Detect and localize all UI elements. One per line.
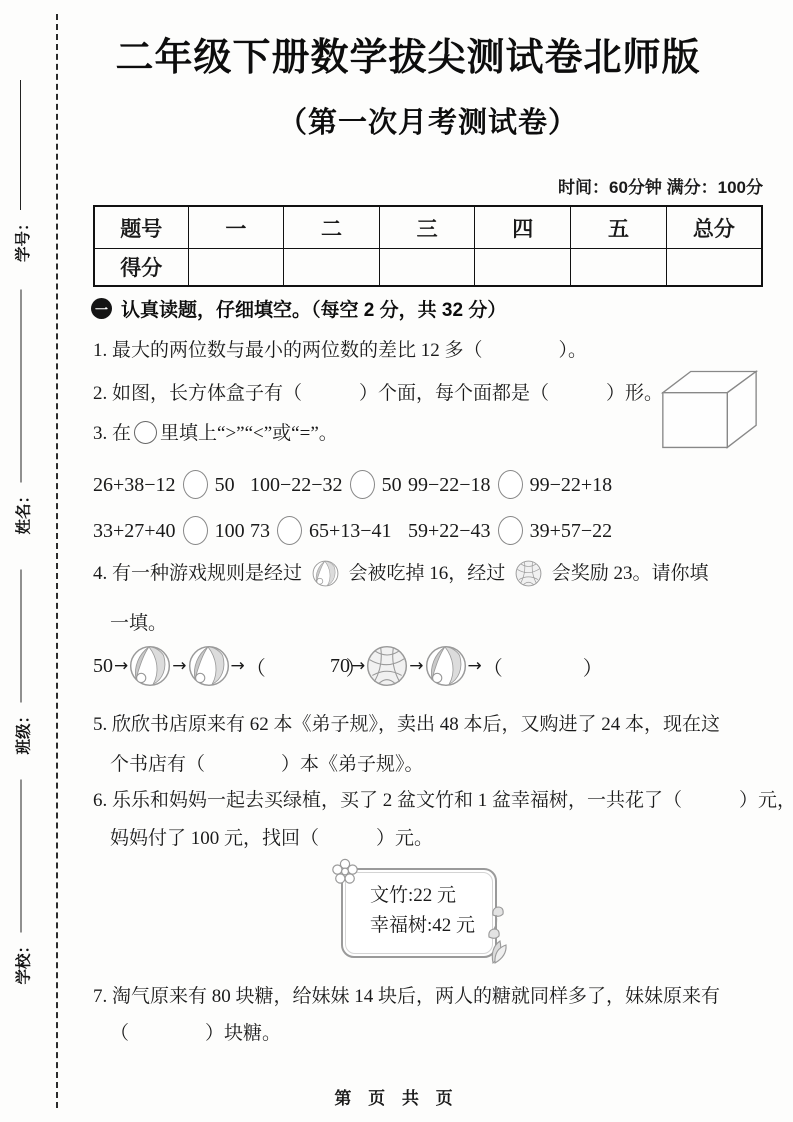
- question-4-part2: 会被吃掉 16，经过: [349, 563, 506, 584]
- score-cell: [571, 249, 667, 287]
- arrow-icon: →: [114, 656, 128, 676]
- compare-circle-icon: [498, 470, 523, 499]
- comparison-item: 33+27+40100: [93, 516, 245, 545]
- class-label: 班级：: [12, 708, 34, 755]
- expression-right: 100: [215, 520, 245, 542]
- question-7-line1: 7. 淘气原来有 80 块糖，给妹妹 14 块后，两人的糖就同样多了，妹妹原来有: [93, 984, 720, 1010]
- name-label: 姓名：: [12, 488, 34, 535]
- expression-right: 99−22+18: [530, 474, 613, 496]
- expression-right: 39+57−22: [530, 520, 613, 542]
- expression-left: 59+22−43: [408, 520, 491, 542]
- sidebar-field-class: 班级：: [8, 570, 38, 755]
- question-4-flows: 50 → → → （ ） 70 → → → （ ）: [93, 645, 773, 693]
- question-5-line2: 个书店有（ ）本《弟子规》。: [110, 752, 424, 778]
- section-one-heading: 一 认真读题，仔细填空。（每空 2 分，共 32 分）: [91, 295, 506, 322]
- price-tag-box: 文竹:22 元 幸福树:42 元: [341, 868, 497, 958]
- compare-circle-icon: [183, 470, 208, 499]
- arrow-icon: →: [468, 656, 482, 676]
- question-2: 2. 如图，长方体盒子有（ ）个面，每个面都是（ ）形。: [93, 381, 663, 407]
- score-cell: [475, 249, 571, 287]
- sidebar-field-school: 学校：: [8, 780, 38, 985]
- header-cell-3: 三: [379, 206, 475, 249]
- volleyball-icon: [515, 560, 542, 587]
- compare-circle-icon: [183, 516, 208, 545]
- sidebar-field-name: 姓名：: [8, 290, 38, 535]
- header-cell-1: 一: [188, 206, 284, 249]
- question-3-prefix: 3. 在: [93, 423, 131, 444]
- page-subtitle: （第一次月考测试卷）: [93, 100, 763, 141]
- flow-diagram-1: 50 → → → （ ）: [93, 645, 366, 687]
- comparison-item: 100−22−3250: [250, 470, 402, 499]
- question-3: 3. 在里填上“>”“<”或“=”。: [93, 421, 338, 447]
- arrow-icon: →: [409, 656, 423, 676]
- flow-diagram-2: 70 → → → （ ）: [330, 645, 603, 687]
- question-7-line2: （ ）块糖。: [110, 1021, 281, 1047]
- question-5-line1: 5. 欣欣书店原来有 62 本《弟子规》，卖出 48 本后，又购进了 24 本，…: [93, 712, 720, 738]
- comparison-row-2: 33+27+40100 7365+13−41 59+22−4339+57−22: [93, 516, 763, 550]
- header-cell-question-number: 题号: [94, 206, 188, 249]
- question-4-part1: 4. 有一种游戏规则是经过: [93, 563, 302, 584]
- comparison-item: 7365+13−41: [250, 516, 392, 545]
- arrow-icon: →: [231, 656, 245, 676]
- beach-ball-icon: [188, 645, 230, 687]
- header-cell-4: 四: [475, 206, 571, 249]
- arrow-icon: →: [172, 656, 186, 676]
- header-cell-5: 五: [571, 206, 667, 249]
- expression-left: 73: [250, 520, 270, 542]
- name-write-line: [21, 290, 22, 483]
- volleyball-icon: [366, 645, 408, 687]
- blank-circle-icon: [134, 421, 157, 444]
- compare-circle-icon: [498, 516, 523, 545]
- expression-left: 33+27+40: [93, 520, 176, 542]
- score-cell: [188, 249, 284, 287]
- score-cell: [379, 249, 475, 287]
- arrow-icon: →: [351, 656, 365, 676]
- school-label: 学校：: [12, 938, 34, 985]
- score-table-score-row: 得分: [94, 249, 762, 287]
- page-title: 二年级下册数学拔尖测试卷北师版: [73, 26, 743, 81]
- header-cell-total: 总分: [666, 206, 762, 249]
- student-number-label: 学号：: [11, 215, 33, 262]
- expression-right: 50: [382, 474, 402, 496]
- expression-left: 100−22−32: [250, 474, 343, 496]
- flower-icon: [330, 857, 360, 887]
- flow-answer-blank: （ ）: [483, 652, 603, 681]
- student-number-write-line: [20, 80, 21, 210]
- question-1: 1. 最大的两位数与最小的两位数的差比 12 多（ ）。: [93, 338, 587, 364]
- flow-start-value: 50: [93, 655, 113, 678]
- price-line-happiness-tree: 幸福树:42 元: [370, 911, 495, 941]
- class-write-line: [21, 570, 22, 703]
- comparison-item: 59+22−4339+57−22: [408, 516, 612, 545]
- score-table: 题号 一 二 三 四 五 总分 得分: [93, 205, 763, 287]
- question-3-suffix: 里填上“>”“<”或“=”。: [160, 423, 338, 444]
- question-6-line2: 妈妈付了 100 元，找回（ ）元。: [110, 826, 433, 852]
- beach-ball-icon: [425, 645, 467, 687]
- page-footer: 第 页 共 页: [0, 1084, 793, 1109]
- compare-circle-icon: [277, 516, 302, 545]
- score-cell: [284, 249, 380, 287]
- expression-right: 65+13−41: [309, 520, 392, 542]
- comparison-item: 99−22−1899−22+18: [408, 470, 612, 499]
- time-score-info: 时间：60分钟 满分：100分: [93, 173, 763, 198]
- section-one-title: 认真读题，仔细填空。（每空 2 分，共 32 分）: [121, 295, 506, 322]
- comparison-item: 26+38−1250: [93, 470, 235, 499]
- score-table-header-row: 题号 一 二 三 四 五 总分: [94, 206, 762, 249]
- test-paper-page: 学号： 姓名： 班级： 学校： 二年级下册数学拔尖测试卷北师版 （第一次月考测试…: [0, 0, 793, 1122]
- question-4-part3: 会奖励 23。请你填: [552, 563, 709, 584]
- expression-left: 26+38−12: [93, 474, 176, 496]
- beach-ball-icon: [129, 645, 171, 687]
- header-cell-2: 二: [284, 206, 380, 249]
- score-cell: [666, 249, 762, 287]
- score-row-label: 得分: [94, 249, 188, 287]
- expression-left: 99−22−18: [408, 474, 491, 496]
- expression-right: 50: [215, 474, 235, 496]
- flow-start-value: 70: [330, 655, 350, 678]
- price-line-asparagus-fern: 文竹:22 元: [370, 881, 495, 911]
- question-4-line2: 一填。: [110, 611, 167, 637]
- compare-circle-icon: [350, 470, 375, 499]
- comparison-row-1: 26+38−1250 100−22−3250 99−22−1899−22+18: [93, 470, 763, 504]
- sidebar-field-student-number: 学号：: [7, 80, 37, 262]
- question-6-line1: 6. 乐乐和妈妈一起去买绿植，买了 2 盆文竹和 1 盆幸福树，一共花了（ ）元…: [93, 788, 793, 814]
- school-write-line: [21, 780, 22, 933]
- question-4: 4. 有一种游戏规则是经过 会被吃掉 16，经过 会奖励 23。请你填: [93, 560, 709, 587]
- beach-ball-icon: [312, 560, 339, 587]
- cuboid-figure: [659, 366, 759, 452]
- seal-cut-line: [56, 14, 58, 1108]
- section-number-badge-icon: 一: [91, 298, 112, 319]
